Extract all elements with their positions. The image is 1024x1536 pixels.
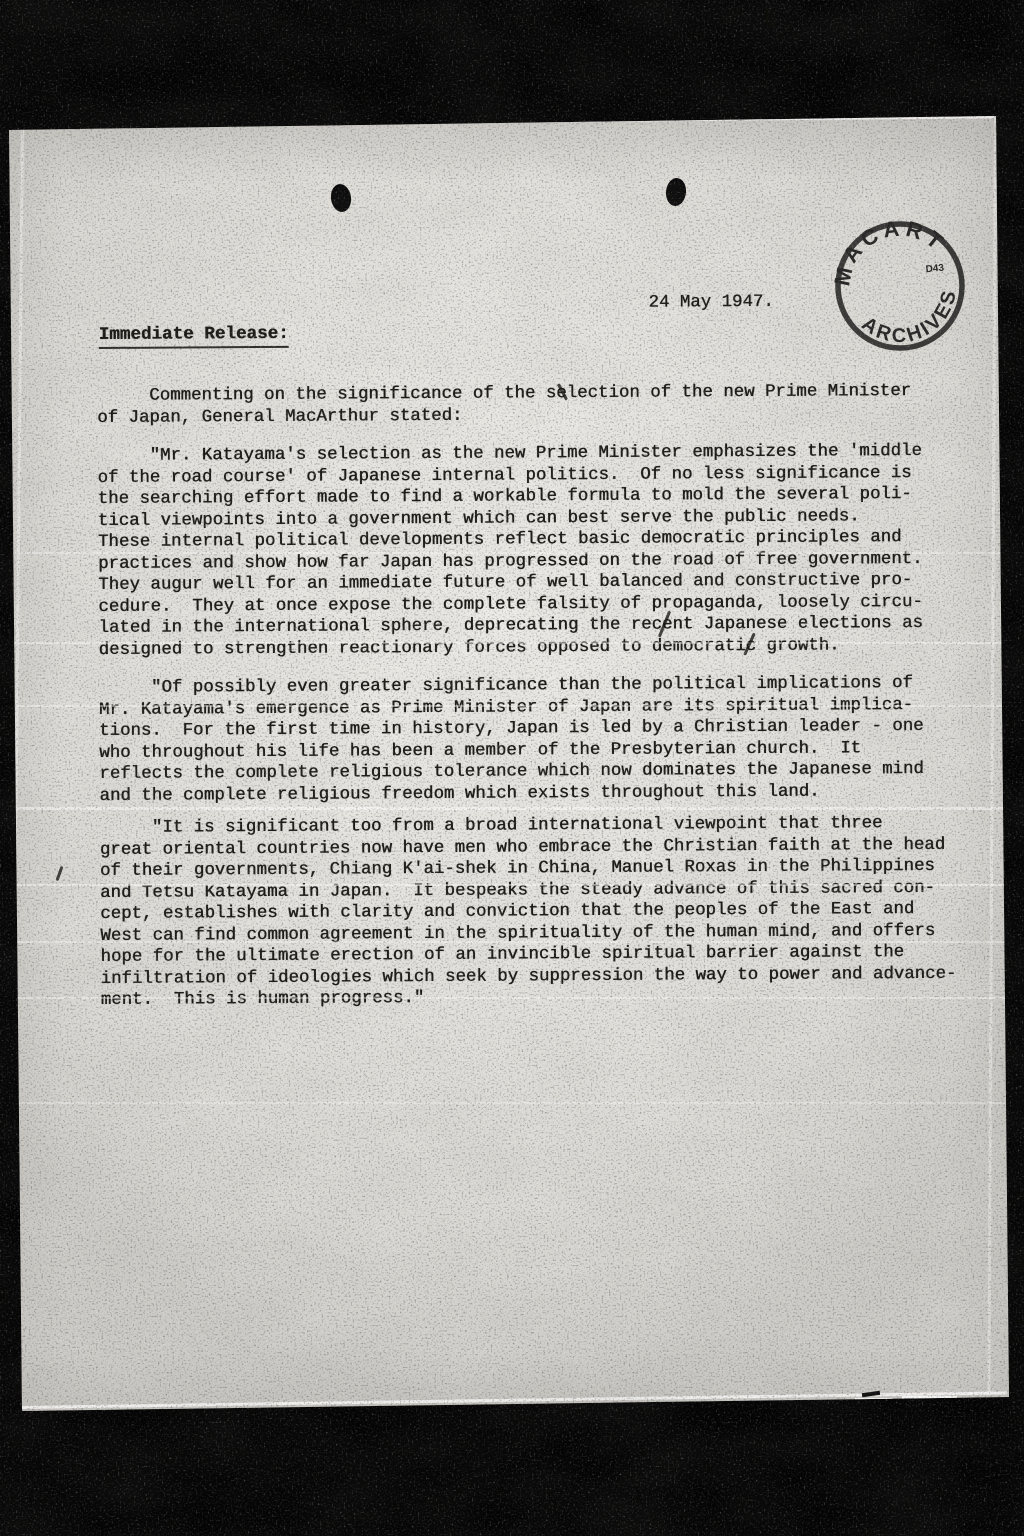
text-line: and the complete religious freedom which… [99, 780, 924, 807]
stamp-code: D43 [925, 262, 945, 275]
svg-text:MACART: MACART [825, 211, 955, 295]
text-line: of Japan, General MacArthur stated: [97, 403, 911, 429]
paragraph-international: "It is significant too from a broad inte… [100, 813, 957, 1012]
stamp-arc-top-text: MACART [825, 211, 955, 295]
text-line: designed to strengthen reactionary force… [99, 634, 924, 661]
macarthur-archives-stamp: MACART ARCHIVES D43 [825, 211, 975, 361]
paragraph-intro: Commenting on the significance of the se… [97, 381, 911, 429]
scanned-document-page: 24 May 1947. Immediate Release: Commenti… [0, 0, 1024, 1536]
text-line: ment. This is human progress." [101, 985, 957, 1012]
edge-mark [884, 1402, 918, 1405]
paragraph-political: "Mr. Katayama's selection as the new Pri… [97, 441, 923, 661]
release-heading: Immediate Release: [99, 324, 289, 349]
paper-sheet: 24 May 1947. Immediate Release: Commenti… [0, 0, 1024, 1536]
date: 24 May 1947. [648, 293, 773, 313]
paragraph-spiritual: "Of possibly even greater significance t… [99, 673, 924, 807]
edge-mark [925, 1404, 977, 1407]
